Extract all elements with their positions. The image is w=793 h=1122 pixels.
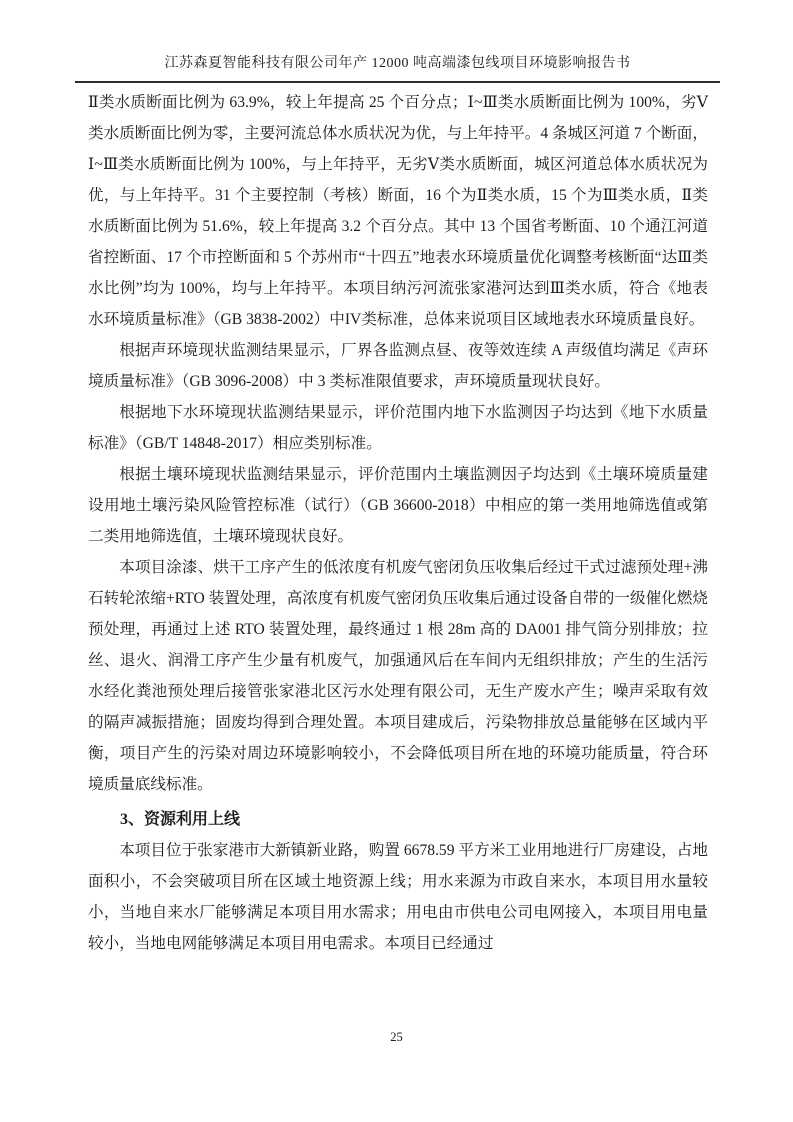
document-page: 江苏森夏智能科技有限公司年产 12000 吨高端漆包线项目环境影响报告书 Ⅱ类水… <box>0 0 793 1122</box>
paragraph-groundwater: 根据地下水环境现状监测结果显示，评价范围内地下水监测因子均达到《地下水质量标准》… <box>88 397 708 459</box>
page-header: 江苏森夏智能科技有限公司年产 12000 吨高端漆包线项目环境影响报告书 <box>75 52 720 83</box>
paragraph-resource-use: 本项目位于张家港市大新镇新业路，购置 6678.59 平方米工业用地进行厂房建设… <box>88 835 708 959</box>
paragraph-soil: 根据土壤环境现状监测结果显示，评价范围内土壤监测因子均达到《土壤环境质量建设用地… <box>88 459 708 552</box>
section-heading-resource-use: 3、资源利用上线 <box>88 804 708 835</box>
document-body: Ⅱ类水质断面比例为 63.9%，较上年提高 25 个百分点；Ⅰ~Ⅲ类水质断面比例… <box>88 87 708 959</box>
paragraph-pollution-control: 本项目涂漆、烘干工序产生的低浓度有机废气密闭负压收集后经过干式过滤预处理+沸石转… <box>88 552 708 800</box>
paragraph-surface-water-quality: Ⅱ类水质断面比例为 63.9%，较上年提高 25 个百分点；Ⅰ~Ⅲ类水质断面比例… <box>88 87 708 335</box>
page-footer: 25 <box>0 1030 793 1045</box>
paragraph-acoustic-environment: 根据声环境现状监测结果显示，厂界各监测点昼、夜等效连续 A 声级值均满足《声环境… <box>88 335 708 397</box>
document-title: 江苏森夏智能科技有限公司年产 12000 吨高端漆包线项目环境影响报告书 <box>75 52 720 72</box>
page-number: 25 <box>0 1030 793 1045</box>
